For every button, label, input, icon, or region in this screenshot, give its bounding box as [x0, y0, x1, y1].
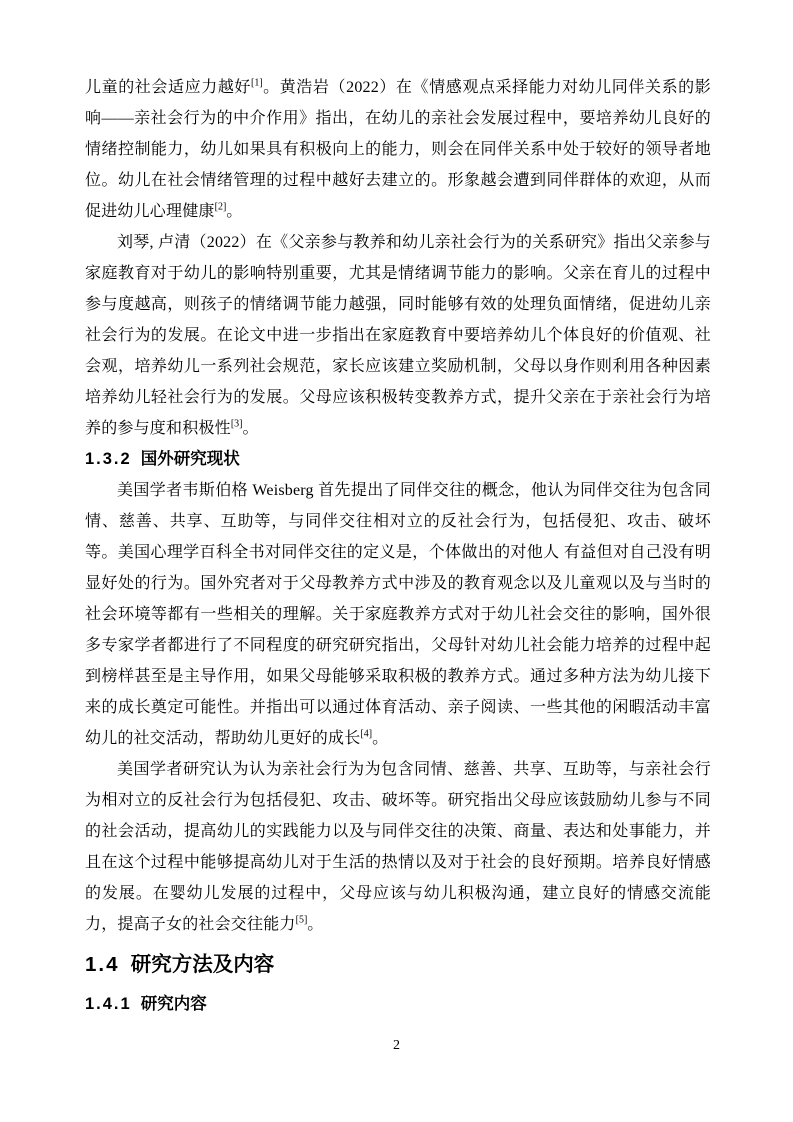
citation-ref: [5] — [296, 915, 308, 926]
page-content: 儿童的社会适应力越好[1]。黄浩岩（2022）在《情感观点采择能力对幼儿同伴关系… — [85, 72, 711, 1020]
citation-ref: [2] — [215, 202, 227, 213]
document-page: 儿童的社会适应力越好[1]。黄浩岩（2022）在《情感观点采择能力对幼儿同伴关系… — [0, 0, 793, 1122]
citation-ref: [4] — [360, 729, 372, 740]
paragraph-domestic-research-continued: 儿童的社会适应力越好[1]。黄浩岩（2022）在《情感观点采择能力对幼儿同伴关系… — [85, 72, 711, 227]
heading-number: 1.3.2 — [85, 450, 132, 468]
heading-number: 1.4.1 — [85, 995, 132, 1013]
heading-1-3-2-foreign-research-status: 1.3.2国外研究现状 — [85, 444, 711, 475]
paragraph-liuqin-luqing-study: 刘琴, 卢清（2022）在《父亲参与教养和幼儿亲社会行为的关系研究》指出父亲参与… — [85, 227, 711, 444]
heading-1-4-research-methods-and-content: 1.4研究方法及内容 — [85, 946, 711, 984]
citation-ref: [3] — [231, 419, 243, 430]
paragraph-us-scholars-prosocial: 美国学者研究认为认为亲社会行为为包含同情、慈善、共享、互助等，与亲社会行为相对立… — [85, 754, 711, 940]
heading-1-4-1-research-content: 1.4.1研究内容 — [85, 989, 711, 1020]
page-number: 2 — [0, 1038, 793, 1054]
paragraph-weisberg-peer-interaction: 美国学者韦斯伯格 Weisberg 首先提出了同伴交往的概念，他认为同伴交往为包… — [85, 475, 711, 754]
heading-text: 研究内容 — [141, 995, 207, 1013]
heading-text: 国外研究现状 — [141, 450, 240, 468]
heading-number: 1.4 — [85, 953, 120, 976]
heading-text: 研究方法及内容 — [131, 953, 275, 976]
citation-ref: [1] — [251, 78, 263, 89]
